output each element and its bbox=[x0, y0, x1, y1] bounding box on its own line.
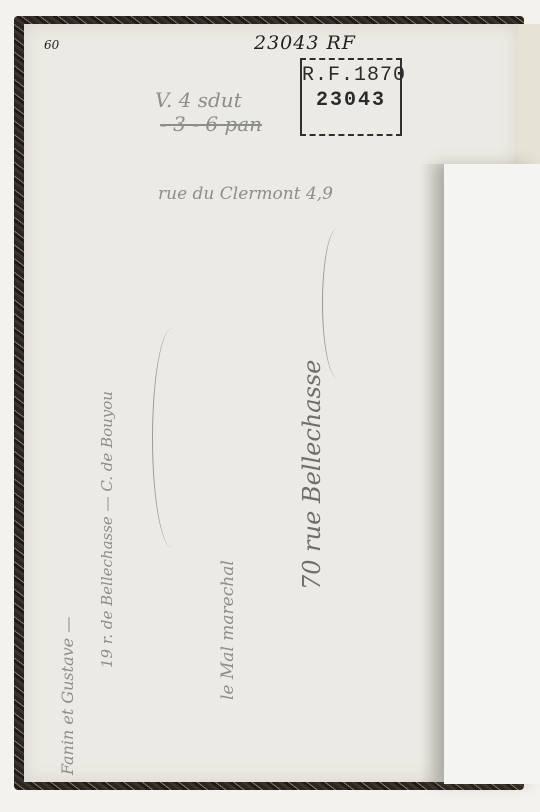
inventory-number: 23043 RF bbox=[254, 32, 356, 54]
pencil-note-vertical-3: le Mal marechal bbox=[218, 560, 238, 700]
stamp-line-2: 23043 bbox=[302, 89, 400, 112]
pencil-note-address: rue du Clermont 4,9 bbox=[158, 184, 333, 204]
inserted-sheet bbox=[444, 164, 540, 784]
stamp-line-1: R.F.1870 bbox=[302, 64, 400, 87]
pencil-note-vertical-1: Fanin et Gustave — bbox=[58, 617, 77, 775]
pencil-underline-stroke bbox=[322, 228, 353, 378]
pencil-bracket-stroke bbox=[152, 328, 193, 548]
folio-number: 60 bbox=[44, 38, 59, 52]
pencil-note-vertical-2: 19 r. de Bellechasse — C. de Bouyou bbox=[98, 391, 116, 668]
collection-stamp: R.F.1870 23043 bbox=[300, 58, 402, 136]
pencil-note-top-2: - 3 - 6 pan bbox=[160, 112, 262, 136]
pencil-note-top-1: V. 4 sdut bbox=[155, 88, 242, 112]
insert-shadow bbox=[420, 164, 446, 784]
pencil-note-vertical-4: 70 rue Bellechasse bbox=[298, 360, 326, 590]
